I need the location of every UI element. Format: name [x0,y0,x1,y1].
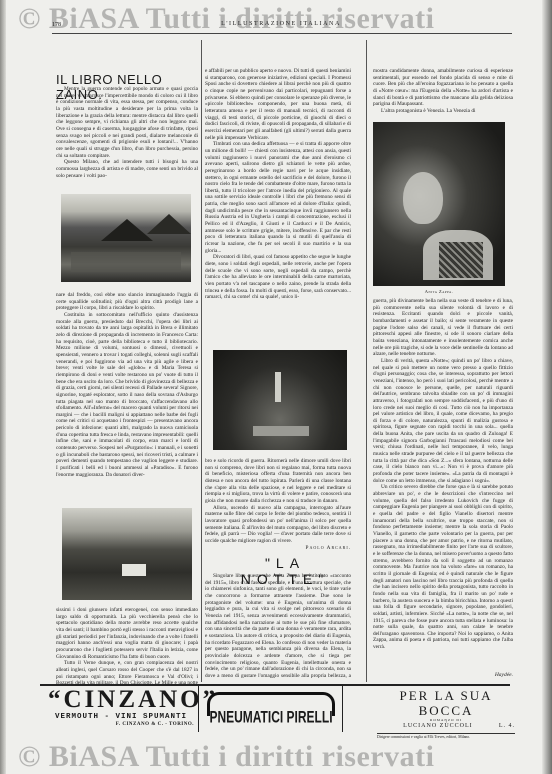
article-text-col3-b: guerra, più divinamente bella nella sua … [373,298,513,678]
paragraph: Questo Milano, che ad intendere tutti i … [56,159,198,179]
ad-divider-2 [342,686,343,732]
hut-shape [101,219,153,241]
paragraph: guerra, più divinamente bella nella sua … [373,298,513,358]
photo-caption: Anita Zappa. [373,289,505,294]
paragraph: mostra candidamente donna, amabilmente c… [373,68,513,108]
article-text-col2-b: bro e solo ricordo di guerra. Ritornerà … [205,458,351,558]
magazine-page: © BiASA Tutti i diritti riservati 178 L'… [0,0,552,774]
paragraph: sissimi i doni giunsero infatti eterogen… [56,607,198,660]
window-light [275,372,281,402]
paragraph: Mentre la guerra contende col popolo arm… [56,86,198,159]
paragraph: Costituita in sottocomitato nell'ufficio… [56,312,198,478]
soldiers-camp-photo [61,194,191,282]
article-text-col1-c: sissimi i doni giunsero infatti eterogen… [56,607,198,685]
paragraph: nare dal freddo, così ebbe uno slancio i… [56,292,198,312]
cinzano-ad: “CINZANO” VERMOUTH - VINI SPUMANTI F. CI… [48,687,194,732]
cinzano-brand: “CINZANO” [48,687,194,713]
reading-room-photo [213,350,347,450]
soldiers-outdoor-reading-photo [62,508,192,600]
book-author-row: LUCIANO ZÙCCOLI L. 4. [377,723,515,729]
pirelli-ad: PNEUMATICI PIRELLI [207,692,335,730]
publisher-note: Dirigere commissioni e vaglia ai F.lli T… [377,733,515,739]
anita-zappa-portrait [373,122,505,286]
watermark-bottom: © BiASA Tutti i diritti riservati [18,740,434,774]
pirelli-brand: PNEUMATICI PIRELLI [207,708,335,727]
author-signature-arcari: Paolo Arcari. [205,545,351,552]
hut-shape [147,214,191,234]
paragraph: e affabili per un pubblico aperto e nuov… [205,68,351,141]
author-signature-haydee: Haydée. [373,672,513,678]
article-text-col3-a: mostra candidamente donna, amabilmente c… [373,68,513,118]
ground-shape [71,252,181,272]
page-edge-right [542,0,552,774]
article-text-col2-a: e affabili per un pubblico aperto e nuov… [205,68,351,355]
column-divider-1 [201,40,202,682]
paragraph: bro e solo ricordo di guerra. Ritornerà … [205,458,351,505]
per-la-sua-bocca-ad: PER LA SUA BOCCA ROMANZO DI LUCIANO ZÙCC… [377,688,515,739]
portrait-embroidery-shape [439,242,483,278]
article-text-col2-c: Singolare libro questo che Anita Zappa h… [205,573,351,679]
paragraph: Singolare libro questo che Anita Zappa h… [205,573,351,679]
paragraph: L'altra protagonista è Venezia. La Venez… [373,108,513,115]
open-book-shape [122,564,146,576]
paragraph: Un critico severo direbbe che forse qua … [373,484,513,650]
table-shape [253,426,309,436]
running-title: L'ILLUSTRAZIONE ITALIANA [52,21,510,27]
paragraph: Libro di verità, questa «Notte»; quindi … [373,358,513,484]
header-rule [52,33,512,34]
portrait-face-shape [403,172,443,224]
cinzano-products: VERMOUTH - VINI SPUMANTI [48,713,194,722]
cinzano-maker: F. CINZANO & C. - TORINO. [48,722,194,727]
watermark-top: © BiASA Tutti i diritti riservati [18,2,434,36]
column-divider-2 [366,40,367,682]
paragraph: Tutto il Verne dunque, e, con gran compi… [56,660,198,685]
paragraph: Timbrati con una dedica affettuosa — e s… [205,141,351,254]
book-author: LUCIANO ZÙCCOLI [377,723,499,729]
book-price: L. 4. [499,723,515,729]
page-edge-left [0,0,6,774]
book-title: PER LA SUA BOCCA [377,688,515,718]
article-text-col1-b: nare dal freddo, così ebbe uno slancio i… [56,292,198,482]
article-text-col1-a: Mentre la guerra contende col popolo arm… [56,86,198,186]
paragraph: Allora, uscendo di nuovo alla campagna, … [205,505,351,545]
paragraph: Divoratori di libri, quasi col famoso ap… [205,254,351,301]
book-genre: ROMANZO DI [377,718,515,722]
ad-divider-1 [198,686,199,732]
